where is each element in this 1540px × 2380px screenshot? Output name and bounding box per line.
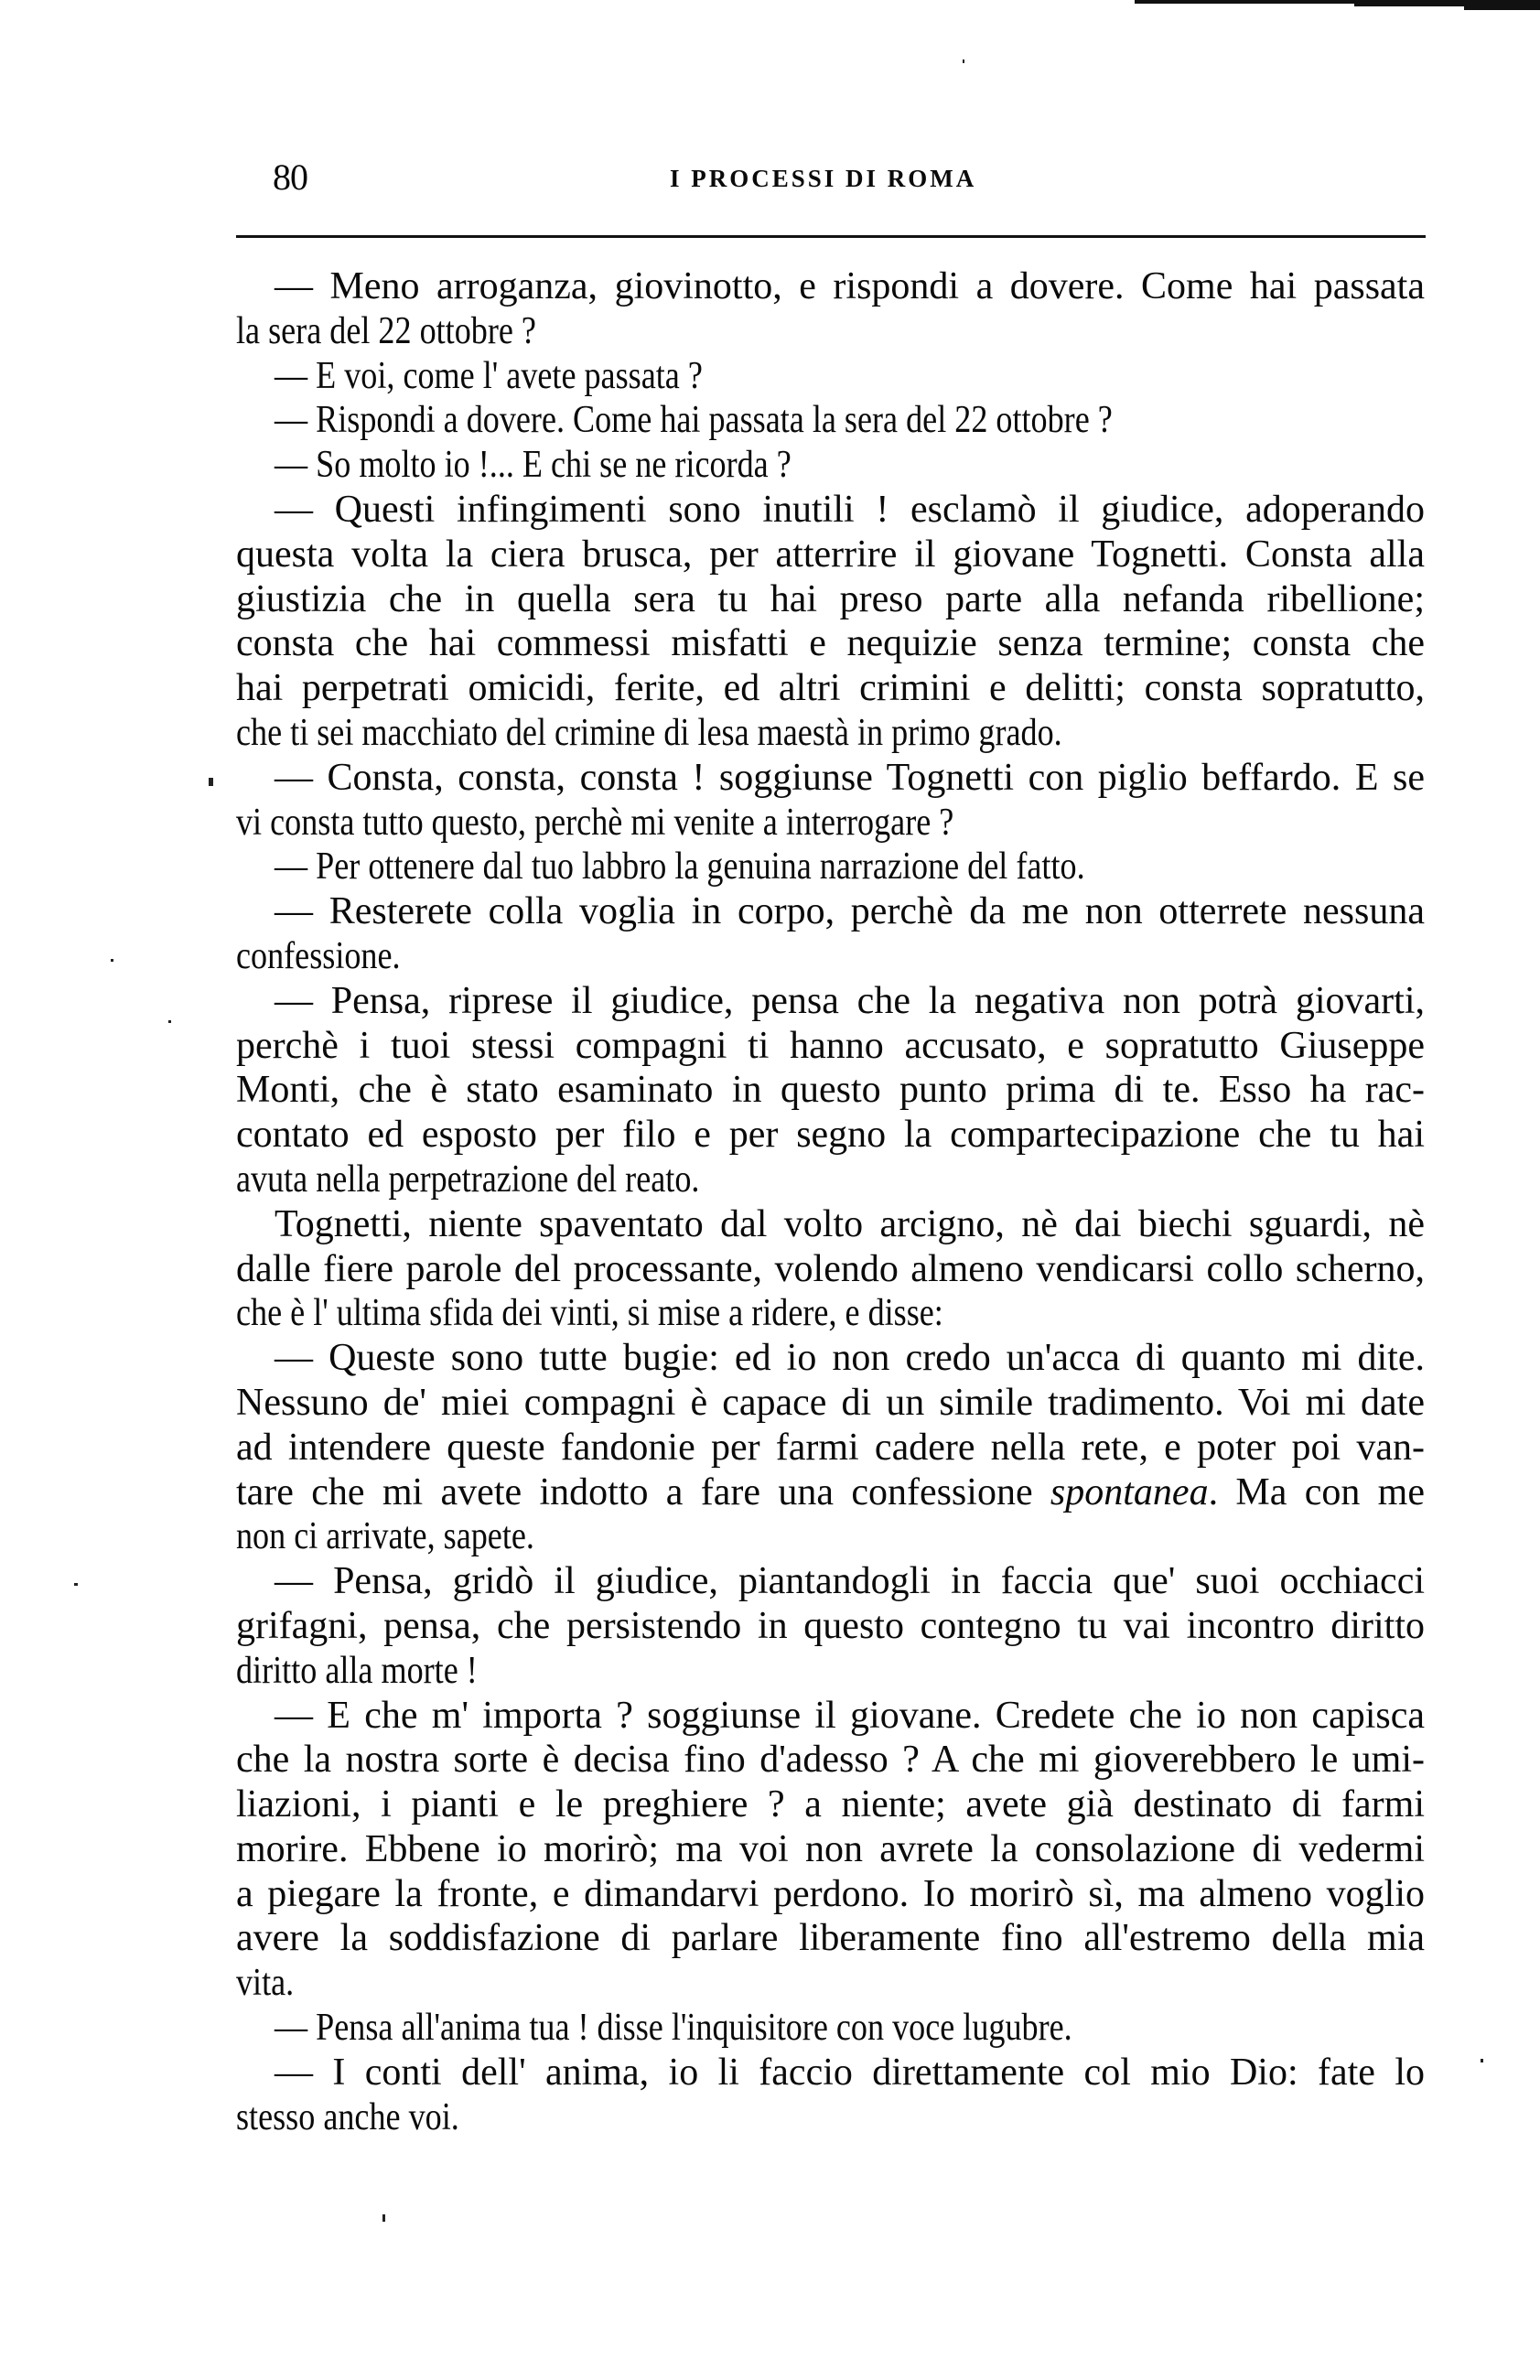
text-line-content: — E che m' importa ? soggiunse il giovan… (275, 1694, 1425, 1739)
text-line: la sera del 22 ottobre ? (236, 309, 1425, 354)
text-line: vi consta tutto questo, perchè mi venite… (236, 801, 1425, 845)
text-line: a piegare la fronte, e dimandarvi perdon… (236, 1872, 1425, 1917)
text-line-content: liazioni, i pianti e le preghiere ? a ni… (236, 1782, 1425, 1827)
page-number: 80 (273, 157, 307, 198)
stray-mark (209, 778, 213, 786)
text-line: Monti, che è stato esaminato in questo p… (236, 1068, 1425, 1113)
text-line-content: giustizia che in quella sera tu hai pres… (236, 577, 1425, 622)
text-line: — Pensa all'anima tua ! disse l'inquisit… (236, 2006, 1425, 2051)
text-line-content: — Resterete colla voglia in corpo, perch… (275, 889, 1425, 934)
text-line: — Questi infingimenti sono inutili ! esc… (236, 488, 1425, 533)
text-line: consta che hai commessi misfatti e nequi… (236, 621, 1425, 666)
text-line: — Pensa, gridò il giudice, piantandogli … (236, 1559, 1425, 1604)
text-line-content: hai perpetrati omicidi, ferite, ed altri… (236, 666, 1425, 711)
text-line: vita. (236, 1961, 1425, 2006)
text-line-content: contato ed esposto per filo e per segno … (236, 1113, 1425, 1158)
text-line-content: Monti, che è stato esaminato in questo p… (236, 1068, 1425, 1113)
text-line: questa volta la ciera brusca, per atterr… (236, 533, 1425, 577)
text-line-content: vi consta tutto questo, perchè mi venite… (236, 801, 953, 845)
text-line-content: — Consta, consta, consta ! soggiunse Tog… (275, 756, 1425, 801)
text-line-content: la sera del 22 ottobre ? (236, 309, 536, 354)
text-line: grifagni, pensa, che persistendo in ques… (236, 1604, 1425, 1649)
text-line-content: — I conti dell' anima, io li faccio dire… (275, 2051, 1425, 2095)
text-line: liazioni, i pianti e le preghiere ? a ni… (236, 1782, 1425, 1827)
text-line-content: dalle fiere parole del processante, vole… (236, 1247, 1425, 1292)
text-line: — E che m' importa ? soggiunse il giovan… (236, 1694, 1425, 1739)
text-line-content: — Per ottenere dal tuo labbro la genuina… (275, 845, 1085, 889)
scan-border-artifact (1464, 0, 1540, 10)
text-line: — Meno arroganza, giovinotto, e rispondi… (236, 264, 1425, 309)
text-line: — Per ottenere dal tuo labbro la genuina… (236, 845, 1425, 889)
text-line-content: vita. (236, 1961, 294, 2006)
text-line: confessione. (236, 934, 1425, 979)
stray-mark (382, 2214, 385, 2222)
text-line-content: che ti sei macchiato del crimine di lesa… (236, 711, 1062, 756)
stray-mark (963, 59, 964, 63)
text-line-content: — Rispondi a dovere. Come hai passata la… (275, 398, 1113, 443)
text-line: — Queste sono tutte bugie: ed io non cre… (236, 1336, 1425, 1381)
text-line-content: diritto alla morte ! (236, 1649, 478, 1694)
text-line-content: — Pensa all'anima tua ! disse l'inquisit… (275, 2006, 1072, 2051)
text-line-content: — Queste sono tutte bugie: ed io non cre… (275, 1336, 1425, 1381)
text-line: che è l' ultima sfida dei vinti, si mise… (236, 1291, 1425, 1336)
text-line: — E voi, come l' avete passata ? (236, 354, 1425, 399)
text-line: perchè i tuoi stessi compagni ti hanno a… (236, 1024, 1425, 1069)
text-line-content: — So molto io !... E chi se ne ricorda ? (275, 443, 792, 488)
header-rule (236, 235, 1426, 238)
text-line-content: — Pensa, gridò il giudice, piantandogli … (275, 1559, 1425, 1604)
text-line-content: — Questi infingimenti sono inutili ! esc… (275, 488, 1425, 533)
italic-word: spontanea (1050, 1471, 1209, 1513)
text-line: — Pensa, riprese il giudice, pensa che l… (236, 979, 1425, 1024)
running-title: I PROCESSI DI ROMA (670, 163, 992, 194)
stray-mark (74, 1583, 78, 1586)
text-line: che ti sei macchiato del crimine di lesa… (236, 711, 1425, 756)
text-line: — So molto io !... E chi se ne ricorda ? (236, 443, 1425, 488)
text-line-content: Tognetti, niente spaventato dal volto ar… (275, 1202, 1425, 1247)
text-line: diritto alla morte ! (236, 1649, 1425, 1694)
text-line: Nessuno de' miei compagni è capace di un… (236, 1381, 1425, 1426)
text-line-content: questa volta la ciera brusca, per atterr… (236, 533, 1425, 577)
text-line: contato ed esposto per filo e per segno … (236, 1113, 1425, 1158)
text-line-content: a piegare la fronte, e dimandarvi perdon… (236, 1872, 1425, 1917)
text-line: ad intendere queste fandonie per farmi c… (236, 1426, 1425, 1470)
text-line-content: non ci arrivate, sapete. (236, 1514, 534, 1559)
text-line-content: che è l' ultima sfida dei vinti, si mise… (236, 1291, 943, 1336)
text-line-content: — E voi, come l' avete passata ? (275, 354, 703, 399)
text-line: avere la soddisfazione di parlare libera… (236, 1916, 1425, 1961)
text-line: hai perpetrati omicidi, ferite, ed altri… (236, 666, 1425, 711)
text-line-content: consta che hai commessi misfatti e nequi… (236, 621, 1425, 666)
text-line-content: stesso anche voi. (236, 2095, 459, 2140)
text-line: — Resterete colla voglia in corpo, perch… (236, 889, 1425, 934)
text-line-content: Nessuno de' miei compagni è capace di un… (236, 1381, 1425, 1426)
text-line-content: avuta nella perpetrazione del reato. (236, 1158, 699, 1202)
text-line-content: — Pensa, riprese il giudice, pensa che l… (275, 979, 1425, 1024)
text-line: che la nostra sorte è decisa fino d'ades… (236, 1738, 1425, 1782)
text-line-content: perchè i tuoi stessi compagni ti hanno a… (236, 1024, 1425, 1069)
text-line-content: grifagni, pensa, che persistendo in ques… (236, 1604, 1425, 1649)
text-line: non ci arrivate, sapete. (236, 1514, 1425, 1559)
text-line-content: morire. Ebbene io morirò; ma voi non avr… (236, 1827, 1425, 1872)
text-line-content: — Meno arroganza, giovinotto, e rispondi… (275, 264, 1425, 309)
text-line-content: che la nostra sorte è decisa fino d'ades… (236, 1738, 1425, 1782)
text-line: — I conti dell' anima, io li faccio dire… (236, 2051, 1425, 2095)
text-line: avuta nella perpetrazione del reato. (236, 1158, 1425, 1202)
text-line-content: confessione. (236, 934, 401, 979)
text-line: tare che mi avete indotto a fare una con… (236, 1470, 1425, 1515)
text-line-content: tare che mi avete indotto a fare una con… (236, 1470, 1425, 1515)
text-line: stesso anche voi. (236, 2095, 1425, 2140)
stray-mark (1481, 2059, 1483, 2062)
text-line: — Consta, consta, consta ! soggiunse Tog… (236, 756, 1425, 801)
stray-mark (111, 959, 113, 962)
text-line: giustizia che in quella sera tu hai pres… (236, 577, 1425, 622)
stray-mark (168, 1020, 171, 1023)
body-text: — Meno arroganza, giovinotto, e rispondi… (236, 264, 1425, 2139)
text-line: Tognetti, niente spaventato dal volto ar… (236, 1202, 1425, 1247)
text-line-content: ad intendere queste fandonie per farmi c… (236, 1426, 1425, 1470)
text-line-content: avere la soddisfazione di parlare libera… (236, 1916, 1425, 1961)
text-line: morire. Ebbene io morirò; ma voi non avr… (236, 1827, 1425, 1872)
text-line: dalle fiere parole del processante, vole… (236, 1247, 1425, 1292)
text-line: — Rispondi a dovere. Come hai passata la… (236, 398, 1425, 443)
